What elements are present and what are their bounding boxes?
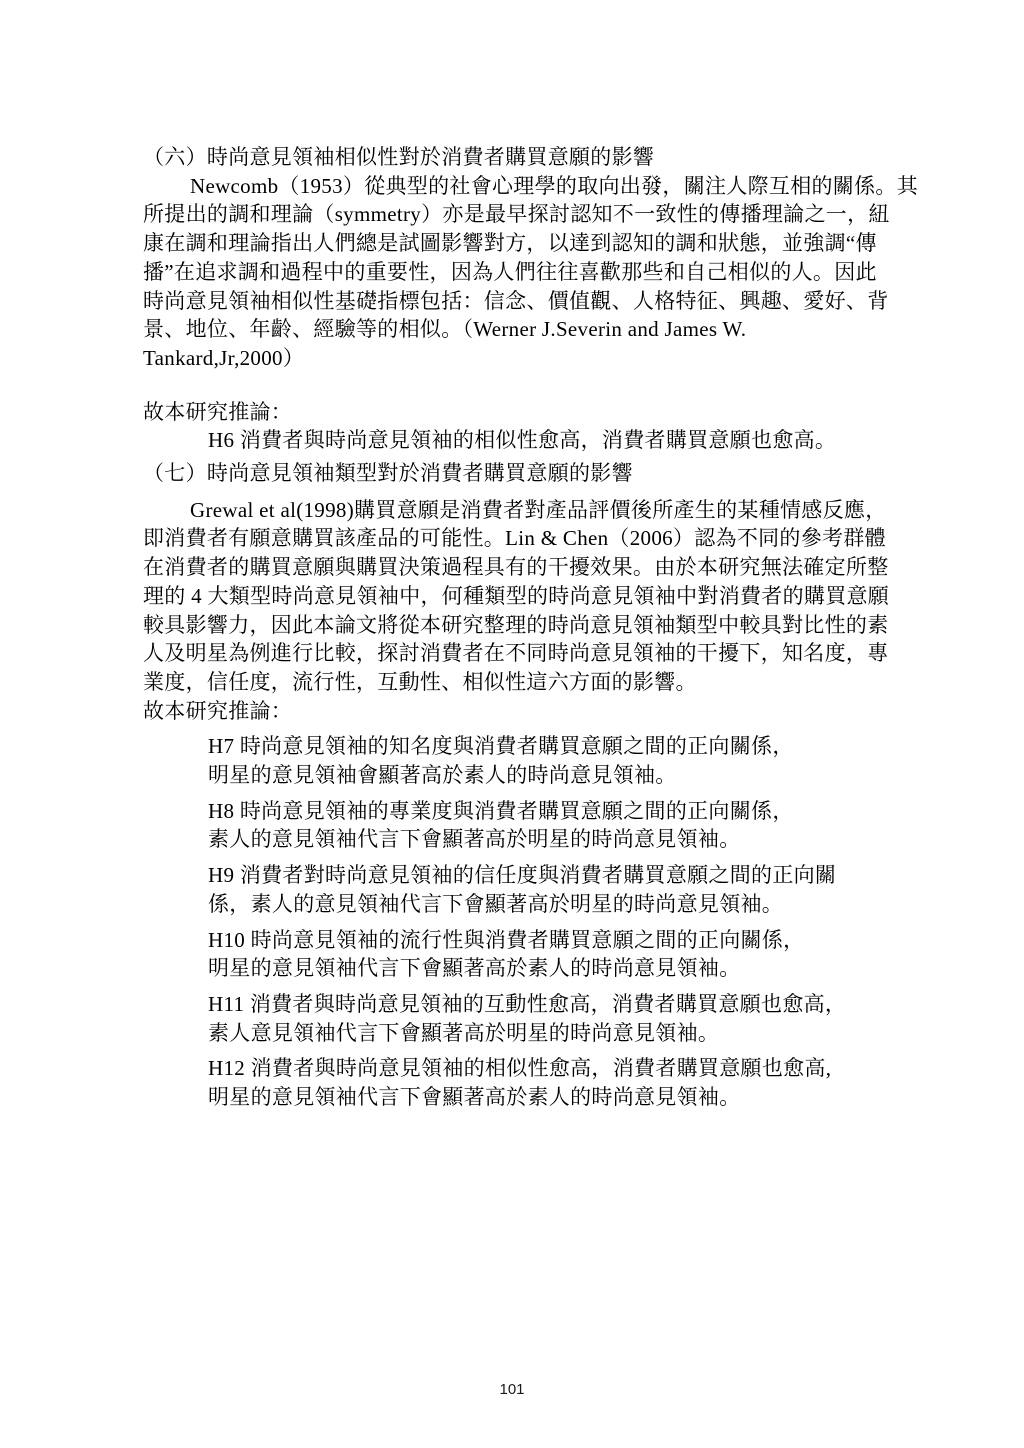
hypothesis-h9: H9 消費者對時尚意見領袖的信任度與消費者購買意願之間的正向關 係，素人的意見領… xyxy=(208,861,903,918)
hypothesis-line: H9 消費者對時尚意見領袖的信任度與消費者購買意願之間的正向關 xyxy=(208,861,903,890)
hypothesis-h10: H10 時尚意見領袖的流行性與消費者購買意願之間的正向關係， 明星的意見領袖代言… xyxy=(208,926,903,983)
hypothesis-line: 明星的意見領袖代言下會顯著高於素人的時尚意見領袖。 xyxy=(208,954,903,983)
hypothesis-line: 素人的意見領袖代言下會顯著高於明星的時尚意見領袖。 xyxy=(208,825,903,854)
section-7-paragraph: Grewal et al(1998)購買意願是消費者對產品評價後所產生的某種情感… xyxy=(143,496,903,697)
paragraph-line: 理的 4 大類型時尚意見領袖中，何種類型的時尚意見領袖中對消費者的購買意願 xyxy=(143,582,903,611)
paragraph-line: 時尚意見領袖相似性基礎指標包括：信念、價值觀、人格特征、興趣、愛好、背 xyxy=(143,287,903,316)
hypothesis-line: H11 消費者與時尚意見領袖的互動性愈高，消費者購買意願也愈高， xyxy=(208,990,903,1019)
paragraph-line: Newcomb（1953）從典型的社會心理學的取向出發，關注人際互相的關係。其 xyxy=(143,172,903,201)
hypothesis-line: H8 時尚意見領袖的專業度與消費者購買意願之間的正向關係， xyxy=(208,797,903,826)
paragraph-line: 較具影響力，因此本論文將從本研究整理的時尚意見領袖類型中較具對比性的素 xyxy=(143,611,903,640)
hypothesis-line: 明星的意見領袖代言下會顯著高於素人的時尚意見領袖。 xyxy=(208,1083,903,1112)
hypothesis-h12: H12 消費者與時尚意見領袖的相似性愈高，消費者購買意願也愈高, 明星的意見領袖… xyxy=(208,1054,903,1111)
hypothesis-h8: H8 時尚意見領袖的專業度與消費者購買意願之間的正向關係， 素人的意見領袖代言下… xyxy=(208,797,903,854)
hypothesis-list: H7 時尚意見領袖的知名度與消費者購買意願之間的正向關係， 明星的意見領袖會顯著… xyxy=(143,732,903,1111)
section-7-heading: （七）時尚意見領袖類型對於消費者購買意願的影響 xyxy=(143,459,903,488)
paragraph-line: 人及明星為例進行比較，探討消費者在不同時尚意見領袖的干擾下，知名度，專 xyxy=(143,639,903,668)
hypothesis-line: H10 時尚意見領袖的流行性與消費者購買意願之間的正向關係， xyxy=(208,926,903,955)
paragraph-line: 景、地位、年齡、經驗等的相似。（Werner J.Severin and Jam… xyxy=(143,315,903,344)
section-6: （六）時尚意見領袖相似性對於消費者購買意願的影響 Newcomb（1953）從典… xyxy=(143,143,903,455)
hypothesis-line: H12 消費者與時尚意見領袖的相似性愈高，消費者購買意願也愈高, xyxy=(208,1054,903,1083)
paragraph-line: 即消費者有願意購買該產品的可能性。Lin & Chen（2006）認為不同的參考… xyxy=(143,524,903,553)
hypothesis-h7: H7 時尚意見領袖的知名度與消費者購買意願之間的正向關係， 明星的意見領袖會顯著… xyxy=(208,732,903,789)
document-page: （六）時尚意見領袖相似性對於消費者購買意願的影響 Newcomb（1953）從典… xyxy=(0,0,1024,1448)
paragraph-line: Tankard,Jr,2000） xyxy=(143,344,903,373)
paragraph-line: 業度，信任度，流行性，互動性、相似性這六方面的影響。 xyxy=(143,668,903,697)
paragraph-line: 播”在追求調和過程中的重要性，因為人們往往喜歡那些和自己相似的人。因此 xyxy=(143,258,903,287)
page-number: 101 xyxy=(0,1381,1024,1398)
paragraph-line: 所提出的調和理論（symmetry）亦是最早探討認知不一致性的傳播理論之一，紐 xyxy=(143,200,903,229)
hypothesis-line: H7 時尚意見領袖的知名度與消費者購買意願之間的正向關係， xyxy=(208,732,903,761)
hypothesis-h6: H6 消費者與時尚意見領袖的相似性愈高，消費者購買意願也愈高。 xyxy=(143,426,903,455)
hypothesis-h11: H11 消費者與時尚意見領袖的互動性愈高，消費者購買意願也愈高， 素人意見領袖代… xyxy=(208,990,903,1047)
section-7: （七）時尚意見領袖類型對於消費者購買意願的影響 Grewal et al(199… xyxy=(143,459,903,1112)
section-6-paragraph: Newcomb（1953）從典型的社會心理學的取向出發，關注人際互相的關係。其 … xyxy=(143,172,903,373)
inference-label: 故本研究推論： xyxy=(143,398,903,427)
paragraph-line: 在消費者的購買意願與購買決策過程具有的干擾效果。由於本研究無法確定所整 xyxy=(143,553,903,582)
paragraph-line: 康在調和理論指出人們總是試圖影響對方，以達到認知的調和狀態，並強調“傳 xyxy=(143,229,903,258)
hypothesis-line: 素人意見領袖代言下會顯著高於明星的時尚意見領袖。 xyxy=(208,1019,903,1048)
inference-label: 故本研究推論： xyxy=(143,697,903,726)
paragraph-line: Grewal et al(1998)購買意願是消費者對產品評價後所產生的某種情感… xyxy=(143,496,903,525)
hypothesis-line: 明星的意見領袖會顯著高於素人的時尚意見領袖。 xyxy=(208,761,903,790)
section-6-heading: （六）時尚意見領袖相似性對於消費者購買意願的影響 xyxy=(143,143,903,172)
hypothesis-line: 係，素人的意見領袖代言下會顯著高於明星的時尚意見領袖。 xyxy=(208,890,903,919)
page-content: （六）時尚意見領袖相似性對於消費者購買意願的影響 Newcomb（1953）從典… xyxy=(143,143,903,1112)
